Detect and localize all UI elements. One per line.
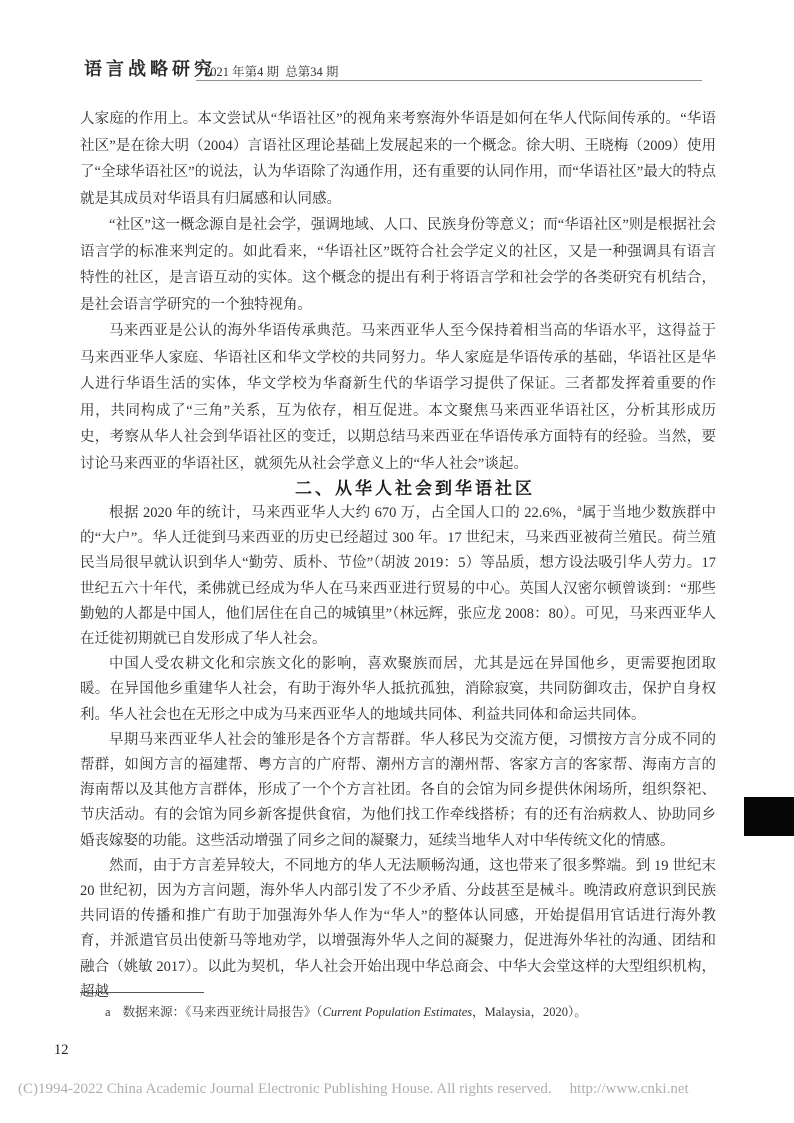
page-edge-mark [744, 797, 794, 836]
copyright-text: (C)1994-2022 China Academic Journal Elec… [18, 1081, 552, 1097]
footnote: a数据来源：《马来西亚统计局报告》（Current Population Est… [80, 1003, 710, 1021]
footnote-label: a [105, 1005, 111, 1019]
section-heading: 二、从华人社会到华语社区 [80, 477, 716, 501]
footnote-rule [80, 992, 204, 993]
scanned-journal-page: 语言战略研究 2021 年第4 期 总第34 期 人家庭的作用上。本文尝试从“华… [0, 0, 794, 1123]
header-rule [196, 80, 702, 81]
page-number: 12 [54, 1042, 69, 1059]
paragraph: 早期马来西亚华人社会的雏形是各个方言帮群。华人移民为交流方便，习惯按方言分成不同… [80, 728, 716, 854]
paragraph-text: 属于当地少数族群中的“大户”。华人迁徙到马来西亚的历史已经超过 300 年。17… [80, 505, 716, 647]
article-body: 人家庭的作用上。本文尝试从“华语社区”的视角来考察海外华语是如何在华人代际间传承… [80, 106, 716, 1005]
paragraph: 人家庭的作用上。本文尝试从“华语社区”的视角来考察海外华语是如何在华人代际间传承… [80, 106, 716, 212]
section-content: 根据 2020 年的统计，马来西亚华人大约 670 万，占全国人口的 22.6%… [80, 501, 716, 1005]
paragraph: “社区”这一概念源自是社会学，强调地域、人口、民族身份等意义；而“华语社区”则是… [80, 212, 716, 318]
paragraph: 马来西亚是公认的海外华语传承典范。马来西亚华人至今保持着相当高的华语水平，这得益… [80, 318, 716, 477]
cnki-url: http://www.cnki.net [570, 1081, 689, 1097]
paragraph-text: 根据 2020 年的统计，马来西亚华人大约 670 万，占全国人口的 22.6%… [109, 505, 577, 521]
paragraph: 中国人受农耕文化和宗族文化的影响，喜欢聚族而居，尤其是远在异国他乡，更需要抱团取… [80, 652, 716, 728]
footnote-text: ，Malaysia，2020）。 [472, 1005, 587, 1019]
copyright-notice: (C)1994-2022 China Academic Journal Elec… [18, 1081, 689, 1098]
journal-title: 语言战略研究 [84, 55, 216, 81]
paragraph: 根据 2020 年的统计，马来西亚华人大约 670 万，占全国人口的 22.6%… [80, 501, 716, 652]
footnote-text: 数据来源：《马来西亚统计局报告》（ [123, 1005, 323, 1019]
issue-info: 2021 年第4 期 总第34 期 [204, 62, 338, 80]
paragraph: 然而，由于方言差异较大，不同地方的华人无法顺畅沟通，这也带来了很多弊端。到 19… [80, 854, 716, 1005]
footnote-source-title: Current Population Estimates [323, 1005, 473, 1019]
